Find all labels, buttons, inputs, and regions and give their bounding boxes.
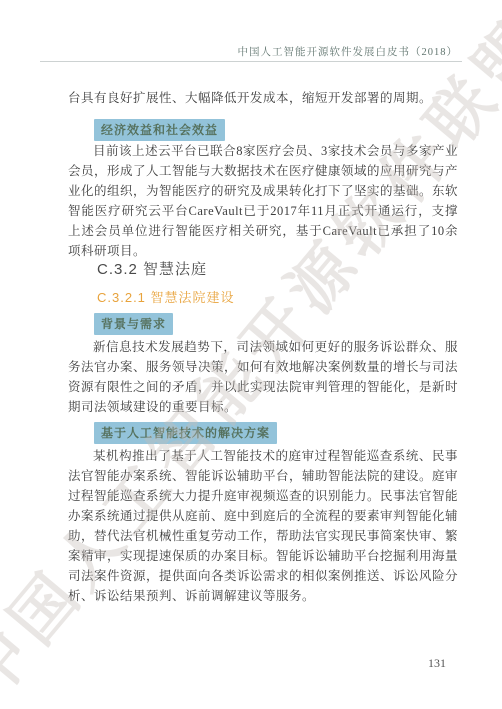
document-page: 中国人工智能开源软件发展白皮书（2018） 台具有良好扩展性、大幅降低开发成本，… [0,0,502,709]
paragraph-background-and-needs: 新信息技术发展趋势下，司法领域如何更好的服务诉讼群众、服务法官办案、服务领导决策… [68,337,458,417]
section-heading-c32: C.3.2 智慧法庭 [97,258,207,279]
label-economic-social-benefits: 经济效益和社会效益 [94,119,225,141]
intro-continuation-line: 台具有良好扩展性、大幅降低开发成本，缩短开发部署的周期。 [68,88,458,108]
label-background-and-needs: 背景与需求 [94,313,173,335]
paragraph-ai-solution: 某机构推出了基于人工智能技术的庭审过程智能巡查系统、民事法官智能办案系统、智能诉… [68,446,458,606]
running-header-title: 中国人工智能开源软件发展白皮书（2018） [238,44,459,59]
label-ai-solution: 基于人工智能技术的解决方案 [94,422,277,444]
header-divider-line [40,61,462,62]
page-number: 131 [428,656,446,671]
paragraph-economic-social-benefits: 目前该上述云平台已联合8家医疗会员、3家技术会员与多家产业会员，形成了人工智能与… [68,141,458,261]
subsection-heading-c321: C.3.2.1 智慧法院建设 [97,287,235,306]
